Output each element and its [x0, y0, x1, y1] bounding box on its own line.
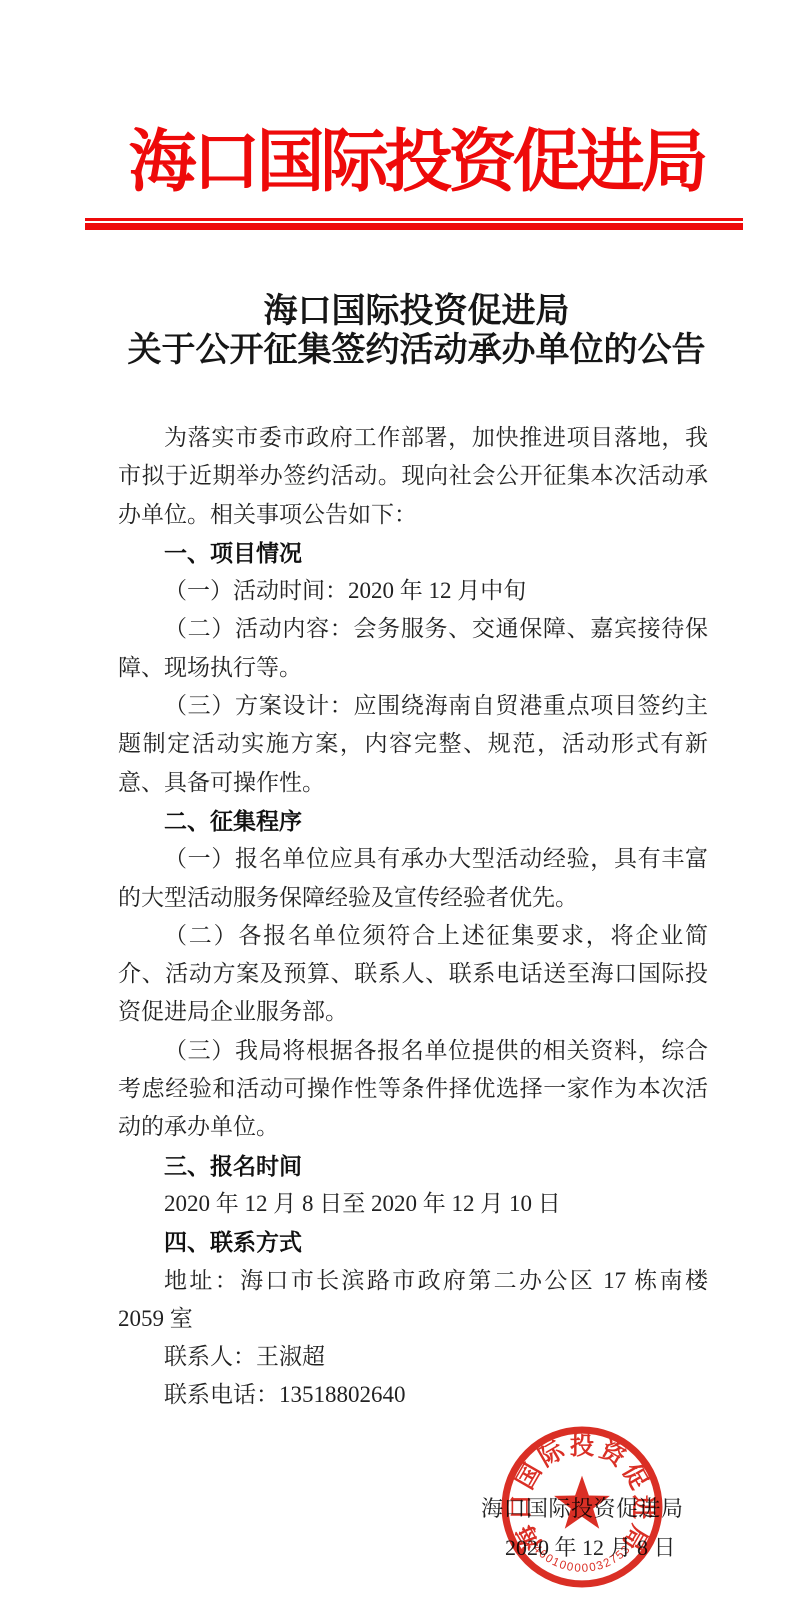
paragraph-contact-person: 联系人：王淑超	[118, 1338, 708, 1376]
paragraph-requirement-1: （一）报名单位应具有承办大型活动经验，具有丰富的大型活动服务保障经验及宣传经验者…	[118, 840, 708, 917]
paragraph-requirement-2: （二）各报名单位须符合上述征集要求，将企业简介、活动方案及预算、联系人、联系电话…	[118, 917, 708, 1032]
paragraph-intro: 为落实市委市政府工作部署，加快推进项目落地，我市拟于近期举办签约活动。现向社会公…	[118, 419, 708, 534]
document-title-line-1: 海口国际投资促进局	[85, 292, 748, 331]
paragraph-event-time: （一）活动时间：2020 年 12 月中旬	[118, 572, 708, 610]
section-heading-3: 三、报名时间	[118, 1147, 708, 1185]
letterhead-double-rule	[85, 218, 743, 230]
seal-serial-number: 46010000032753	[530, 1542, 633, 1575]
document-title-line-2: 关于公开征集签约活动承办单位的公告	[85, 331, 748, 370]
seal-name-char: 投	[570, 1433, 594, 1460]
letterhead-title: 海口国际投资促进局	[85, 116, 748, 208]
official-seal: 海口国际投资促进局 46010000032753	[499, 1424, 665, 1590]
paragraph-requirement-3: （三）我局将根据各报名单位提供的相关资料，综合考虑经验和活动可操作性等条件择优选…	[118, 1032, 708, 1147]
document-body: 为落实市委市政府工作部署，加快推进项目落地，我市拟于近期举办签约活动。现向社会公…	[118, 419, 708, 1415]
paragraph-event-content: （二）活动内容：会务服务、交通保障、嘉宾接待保障、现场执行等。	[118, 610, 708, 687]
paragraph-contact-phone: 联系电话：13518802640	[118, 1376, 708, 1414]
paragraph-plan-design: （三）方案设计：应围绕海南自贸港重点项目签约主题制定活动实施方案，内容完整、规范…	[118, 687, 708, 802]
announcement-page: 海口国际投资促进局 海口国际投资促进局 关于公开征集签约活动承办单位的公告 为落…	[0, 0, 811, 1600]
seal-name-char: 进	[629, 1495, 656, 1519]
section-heading-2: 二、征集程序	[118, 802, 708, 840]
document-title: 海口国际投资促进局 关于公开征集签约活动承办单位的公告	[85, 292, 748, 370]
section-heading-4: 四、联系方式	[118, 1223, 708, 1261]
section-heading-1: 一、项目情况	[118, 534, 708, 572]
paragraph-signup-period: 2020 年 12 月 8 日至 2020 年 12 月 10 日	[118, 1185, 708, 1223]
red-star-icon	[554, 1476, 610, 1529]
seal-name-char: 口	[508, 1495, 535, 1519]
paragraph-address: 地址：海口市长滨路市政府第二办公区 17 栋南楼 2059 室	[118, 1262, 708, 1339]
